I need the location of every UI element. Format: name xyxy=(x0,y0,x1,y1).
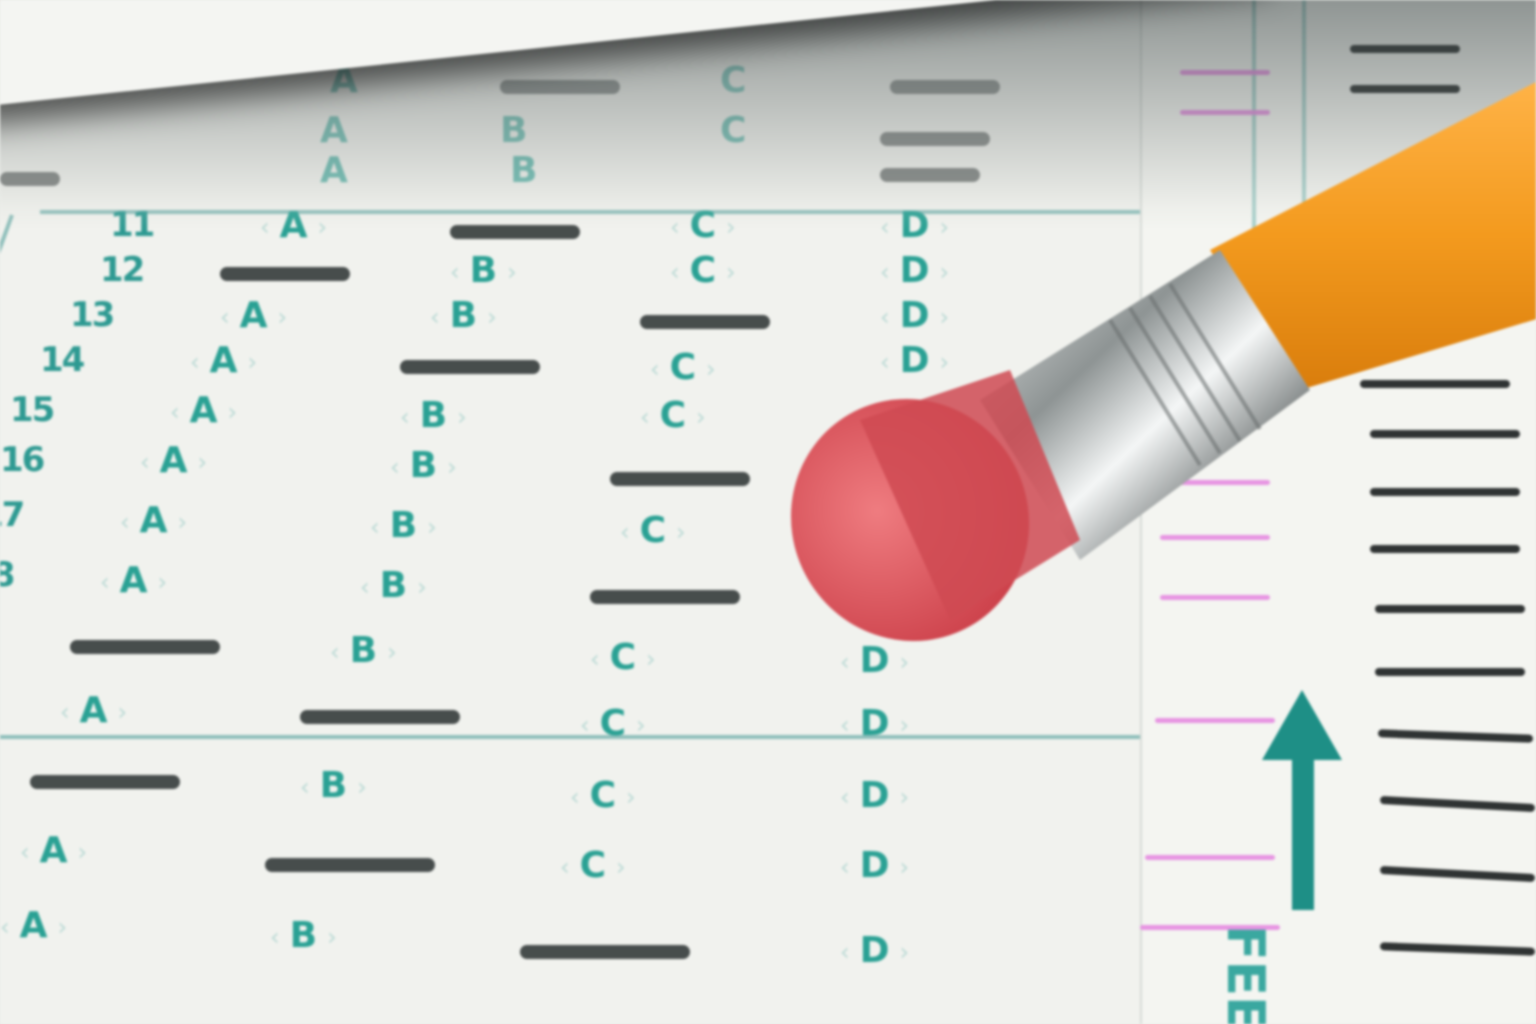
bubble-c[interactable]: C xyxy=(690,250,716,291)
row-number: 13 xyxy=(70,295,113,335)
bubble-a[interactable]: A xyxy=(240,295,268,336)
bubble-b[interactable]: B xyxy=(410,445,437,486)
bubble-c[interactable]: C xyxy=(580,845,606,886)
bubble-c[interactable]: C xyxy=(610,637,636,678)
bubble-b[interactable]: B xyxy=(470,250,497,291)
row-number: 15 xyxy=(10,390,53,430)
row-number: 11 xyxy=(110,205,153,245)
bubble-b[interactable]: B xyxy=(350,630,377,671)
bubble-a[interactable]: A xyxy=(20,905,48,946)
bubble-c[interactable]: C xyxy=(690,205,716,246)
photo-scene: A C A B C A B 11 ‹A› ‹C› ‹D› 12 xyxy=(0,0,1536,1024)
filled-bubble-mark xyxy=(640,315,770,329)
filled-bubble-mark xyxy=(610,472,750,486)
bubble-a[interactable]: A xyxy=(80,690,108,731)
feed-label: FEE xyxy=(1215,925,1275,1024)
bubble-a[interactable]: A xyxy=(280,205,308,246)
filled-bubble-mark xyxy=(520,945,690,959)
bubble-d[interactable]: D xyxy=(860,703,890,744)
row-number: 17 xyxy=(0,495,23,535)
bubble-d[interactable]: D xyxy=(860,930,890,971)
bubble-c[interactable]: C xyxy=(660,395,686,436)
pink-line xyxy=(1155,718,1275,723)
filled-bubble-mark xyxy=(30,775,180,789)
bubble-a[interactable]: A xyxy=(160,440,188,481)
filled-bubble-mark xyxy=(220,267,350,281)
answer-row: ‹A› ‹C› ‹D› xyxy=(0,830,1160,880)
filled-bubble-mark xyxy=(265,858,435,872)
bubble-b[interactable]: B xyxy=(290,915,317,956)
pink-line xyxy=(1145,855,1275,860)
row-number: 18 xyxy=(0,555,13,595)
filled-bubble-mark xyxy=(300,710,460,724)
row-number: 16 xyxy=(0,440,43,480)
bubble-b[interactable]: B xyxy=(380,565,407,606)
row-number: 12 xyxy=(100,250,143,290)
bubble-b[interactable]: B xyxy=(420,395,447,436)
filled-bubble-mark xyxy=(70,640,220,654)
bubble-c[interactable]: C xyxy=(600,703,626,744)
pencil xyxy=(780,60,1536,660)
bubble-b[interactable]: B xyxy=(450,295,477,336)
bubble-c[interactable]: C xyxy=(640,510,666,551)
bubble-d[interactable]: D xyxy=(860,845,890,886)
bubble-c[interactable]: C xyxy=(590,775,616,816)
filled-bubble-mark xyxy=(400,360,540,374)
bubble-a[interactable]: A xyxy=(40,830,68,871)
answer-row: ‹A› ‹B› ‹D› xyxy=(0,905,1160,955)
bubble-d[interactable]: D xyxy=(860,775,890,816)
filled-bubble-mark xyxy=(450,225,580,239)
bubble-c[interactable]: C xyxy=(670,347,696,388)
row-number: 14 xyxy=(40,340,83,380)
filled-bubble-mark xyxy=(590,590,740,604)
arrow-up-icon xyxy=(1262,690,1342,920)
bubble-a[interactable]: A xyxy=(190,390,218,431)
answer-row: ‹B› ‹C› ‹D› xyxy=(0,765,1160,815)
bubble-b[interactable]: B xyxy=(320,765,347,806)
bubble-a[interactable]: A xyxy=(140,500,168,541)
bubble-a[interactable]: A xyxy=(120,560,148,601)
timing-mark xyxy=(1350,45,1460,53)
answer-row: ‹A› ‹C› ‹D› xyxy=(0,685,1160,735)
bubble-b[interactable]: B xyxy=(390,505,417,546)
bubble-a[interactable]: A xyxy=(210,340,238,381)
timing-mark xyxy=(1375,668,1525,676)
